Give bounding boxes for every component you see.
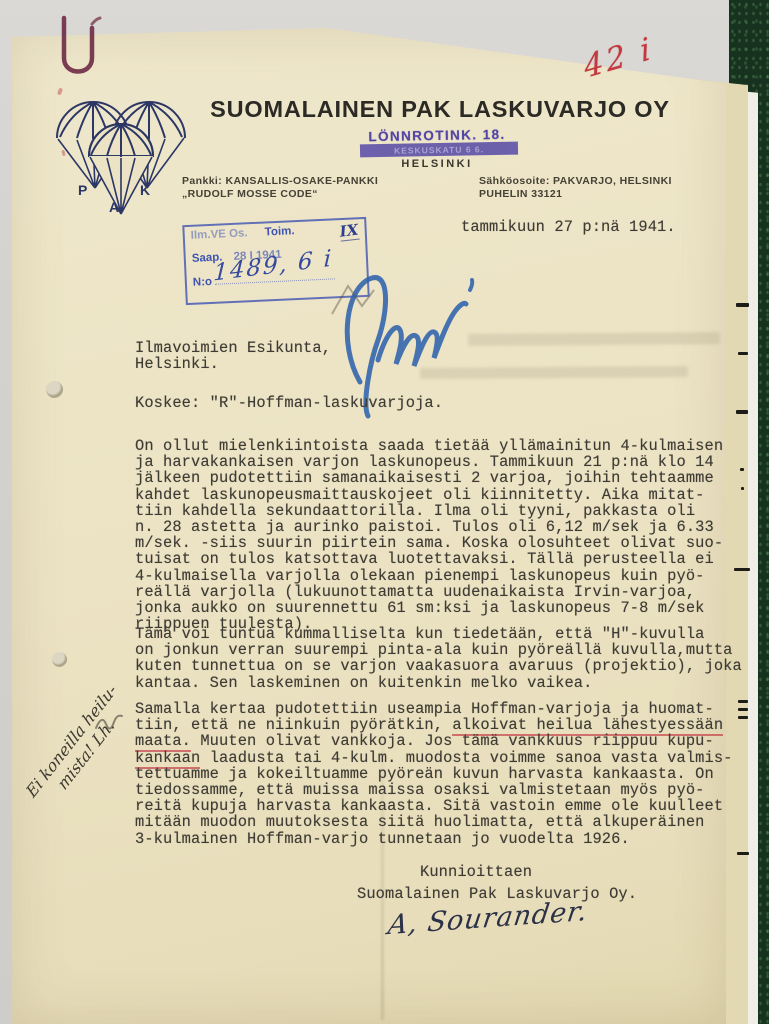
punch-hole	[46, 381, 63, 398]
recipient-address: Ilmavoimien Esikunta, Helsinki.	[135, 340, 331, 372]
date-line: tammikuun 27 p:nä 1941.	[461, 219, 676, 235]
logo-letter-a: A	[109, 199, 119, 215]
closing-company: Suomalainen Pak Laskuvarjo Oy.	[357, 886, 637, 902]
subject-line: Koskee: "R"-Hoffman-laskuvarjoja.	[135, 395, 443, 411]
struck-old-address: KESKUSKATU 6 6.	[360, 142, 518, 158]
pencil-mark	[328, 280, 380, 320]
scanned-letter-photo: P A K SUOMALAINEN PAK LASKUVARJO OY KESK…	[0, 0, 769, 1024]
stamp-toim-label: Toim.	[265, 225, 295, 238]
body-paragraph-2: Tämä voi tuntua kummalliselta kun tiedet…	[135, 626, 747, 691]
page-edge-mark	[736, 303, 749, 307]
page-edge-mark	[738, 352, 748, 355]
pen-u-mark	[52, 14, 108, 94]
body-paragraph-3: Samalla kertaa pudotettiin useampia Hoff…	[135, 701, 747, 847]
stamp-office-label: Ilm.VE Os.	[190, 227, 247, 242]
city-line: HELSINKI	[287, 158, 587, 170]
punch-hole	[52, 652, 67, 667]
stamp-number-label: N:o	[193, 276, 213, 289]
paragraph-text: laadusta tai 4-kulm. muodosta voimme san…	[135, 749, 733, 848]
page-edge-mark	[737, 852, 749, 855]
bank-details: Pankki: KANSALLIS-OSAKE-PANKKI „RUDOLF M…	[182, 175, 378, 201]
body-paragraph-1: On ollut mielenkiintoista saada tietää y…	[135, 438, 747, 632]
company-name: SUOMALAINEN PAK LASKUVARJO OY	[120, 96, 760, 123]
closing-salute: Kunnioittaen	[420, 864, 532, 880]
stamp-section-handwritten: IX	[339, 221, 360, 242]
page-edge-mark	[736, 410, 748, 414]
logo-letter-k: K	[140, 182, 150, 198]
cable-details: Sähköosoite: PAKVARJO, HELSINKI PUHELIN …	[479, 175, 672, 201]
logo-letter-p: P	[78, 182, 87, 198]
bleed-through-text	[468, 332, 720, 346]
